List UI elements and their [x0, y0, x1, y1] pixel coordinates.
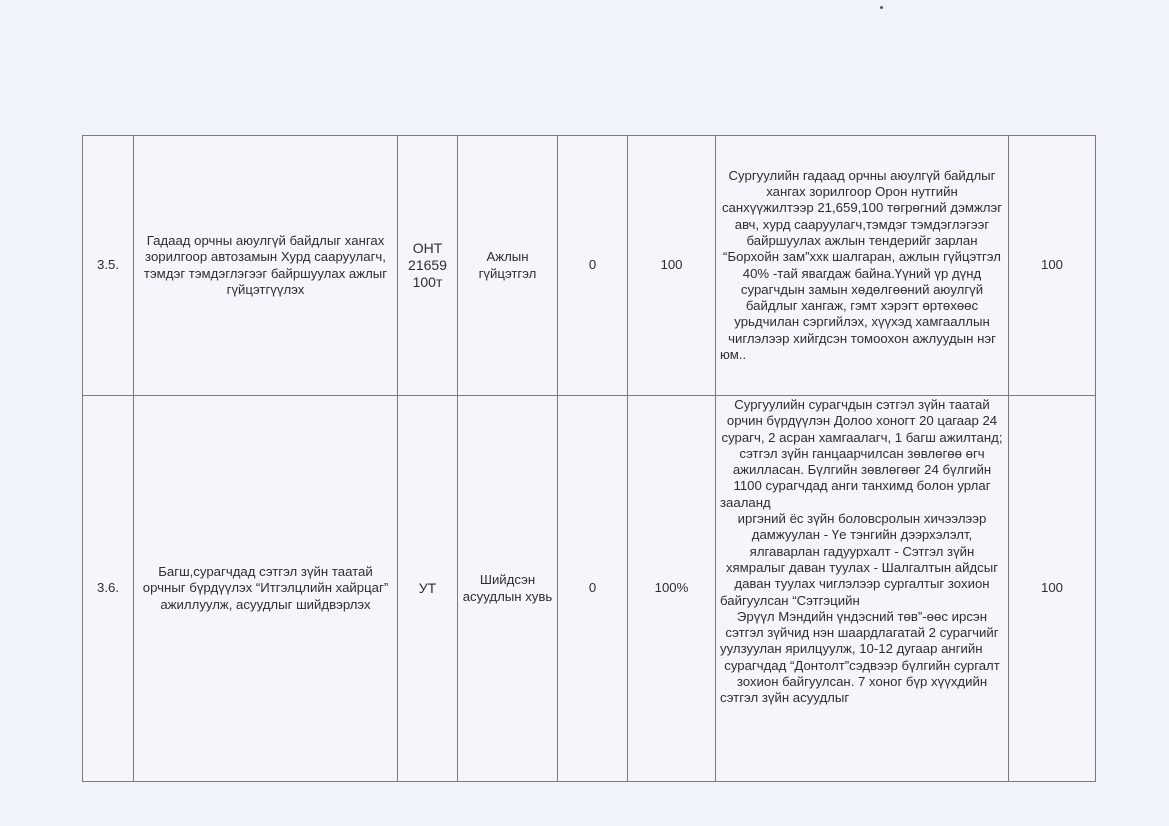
report-cell: Сургуулийн гадаад орчны аюулгүй байдлыг … — [716, 136, 1009, 396]
score-cell: 100 — [1009, 396, 1096, 782]
report-paragraph: Эрүүл Мэндийн үндэсний төв”-өөс ирсэн сэ… — [720, 609, 1004, 658]
report-paragraph: Сургуулийн гадаад орчны аюулгүй байдлыг … — [720, 168, 1004, 364]
scan-speck — [880, 6, 883, 9]
row-number: 3.6. — [83, 396, 134, 782]
activity-report-table: 3.5. Гадаад орчны аюулгүй байдлыг хангах… — [82, 135, 1096, 782]
report-paragraph: Сургуулийн сурагчдын сэтгэл зүйн таатай … — [720, 397, 1004, 511]
table-row: 3.5. Гадаад орчны аюулгүй байдлыг хангах… — [83, 136, 1096, 396]
funding-cell: УТ — [398, 396, 458, 782]
baseline-cell: 0 — [558, 136, 628, 396]
indicator-cell: Ажлын гүйцэтгэл — [458, 136, 558, 396]
activity-cell: Багш,сурагчдад сэтгэл зүйн таатай орчныг… — [134, 396, 398, 782]
row-number: 3.5. — [83, 136, 134, 396]
report-paragraph: сурагчдад “Донтолт”сэдвээр бүлгийн сурга… — [720, 658, 1004, 707]
report-paragraph: иргэний ёс зүйн боловсролын хичээлээр да… — [720, 511, 1004, 609]
activity-cell: Гадаад орчны аюулгүй байдлыг хангах зори… — [134, 136, 398, 396]
report-cell: Сургуулийн сурагчдын сэтгэл зүйн таатай … — [716, 396, 1009, 782]
table-row: 3.6. Багш,сурагчдад сэтгэл зүйн таатай о… — [83, 396, 1096, 782]
target-cell: 100 — [628, 136, 716, 396]
indicator-cell: Шийдсэн асуудлын хувь — [458, 396, 558, 782]
baseline-cell: 0 — [558, 396, 628, 782]
target-cell: 100% — [628, 396, 716, 782]
score-cell: 100 — [1009, 136, 1096, 396]
funding-cell: ОНТ 21659 100т — [398, 136, 458, 396]
